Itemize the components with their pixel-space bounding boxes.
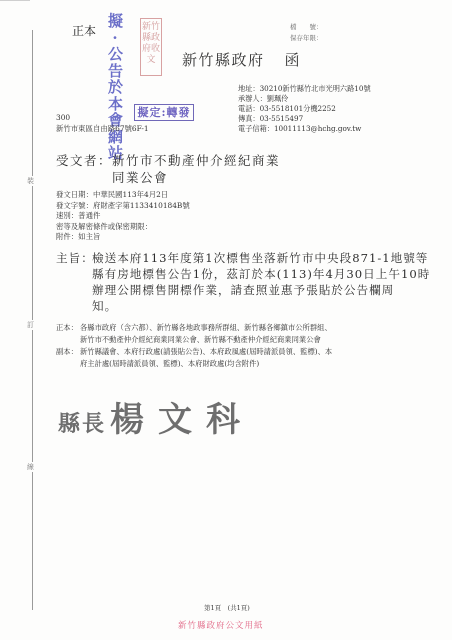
primary-line: 各縣市政府（含六都）、新竹縣各地政事務所群組、新竹縣各鄉鎮市公所群組、	[80, 322, 436, 334]
binding-mark-ding: 訂	[27, 320, 34, 330]
recipient: 受文者：新竹市不動產仲介經紀商業 同業公會	[56, 152, 280, 186]
subject-line: 辦理公開標售開標作業，請查照並惠予張貼於公告欄周	[92, 282, 436, 298]
signature: 縣長楊文科	[58, 392, 254, 441]
document-meta: 發文日期：中華民國113年4月2日 發文字號：府財產字第1133410184B號…	[56, 190, 190, 243]
copy-label: 副本：	[56, 346, 78, 358]
binding-mark-xian: 線	[27, 462, 34, 472]
copy-recipients: 副本： 新竹縣議會、本府行政處(請張貼公告)、本府政風處(屆時請派員領、監標)、…	[56, 346, 436, 370]
page-number: 第1頁 (共1頁)	[204, 603, 250, 612]
paper-name: 新竹縣政府公文用紙	[178, 619, 264, 631]
stamp-char: 告	[108, 63, 122, 80]
stamp-char: 公	[108, 46, 122, 63]
subject-body: 檢送本府113年度第1次標售坐落新竹市中央段871-1地號等 縣有房地標售公告1…	[92, 250, 436, 314]
stamp-char: ·	[108, 30, 122, 47]
copy-type-label: 正本	[72, 22, 96, 39]
subject-label: 主旨：	[56, 250, 94, 266]
delivery-speed: 速別：普通件	[56, 211, 190, 222]
issue-date: 發文日期：中華民國113年4月2日	[56, 190, 190, 201]
secrecy-level: 密等及解密條件或保密期限：	[56, 222, 190, 233]
stamp-char: 本	[108, 96, 122, 113]
announcement-stamp: 擬 · 公 告 於 本 會 網 站	[108, 13, 122, 162]
attachment: 附件：如主旨	[56, 232, 190, 243]
contact-handler: 承辦人：劉珮伶	[238, 94, 371, 104]
received-seal: 新竹縣政府收文	[140, 18, 162, 76]
contact-email: 電子信箱：10011113@hchg.gov.tw	[238, 124, 371, 134]
street-address: 新竹市東區自由路67號6F-1	[56, 123, 149, 134]
subject-line: 檢送本府113年度第1次標售坐落新竹市中央段871-1地號等	[92, 250, 436, 266]
file-number-label: 檔 號：	[290, 22, 323, 33]
contact-phone: 電話：03-5518101分機2252	[238, 104, 371, 114]
scan-edge	[0, 0, 30, 1]
signature-title: 縣長	[58, 411, 106, 437]
recipient-name-line1: 新竹市不動產仲介經紀商業	[112, 153, 280, 168]
primary-recipients: 正本： 各縣市政府（含六都）、新竹縣各地政事務所群組、新竹縣各鄉鎮市公所群組、 …	[56, 322, 436, 346]
recipient-name-line2: 同業公會	[56, 169, 280, 186]
file-meta: 檔 號： 保存年限：	[290, 22, 323, 44]
document-number: 發文字號：府財產字第1133410184B號	[56, 201, 190, 212]
distribution-list: 正本： 各縣市政府（含六都）、新竹縣各地政事務所群組、新竹縣各鄉鎮市公所群組、 …	[56, 322, 436, 370]
document-kind: 函	[285, 51, 302, 69]
contact-fax: 傳真：03-5515497	[238, 114, 371, 124]
copy-line: 新竹縣議會、本府行政處(請張貼公告)、本府政風處(屆時請派員領、監標)、本	[80, 346, 436, 358]
recipient-label: 受文者：	[56, 153, 112, 168]
stamp-char: 擬	[108, 13, 122, 30]
retention-label: 保存年限：	[290, 33, 323, 44]
document-title: 新竹縣政府函	[182, 49, 301, 70]
primary-label: 正本：	[56, 322, 78, 334]
contact-block: 地址：30210新竹縣竹北市光明六路10號 承辦人：劉珮伶 電話：03-5518…	[238, 84, 371, 134]
binding-mark-zhuang: 裝	[27, 176, 34, 186]
subject-line: 縣有房地標售公告1份，茲訂於本(113)年4月30日上午10時	[92, 266, 436, 282]
recipient-address: 300 新竹市東區自由路67號6F-1	[56, 112, 149, 134]
subject-line: 知。	[92, 298, 436, 314]
contact-address: 地址：30210新竹縣竹北市光明六路10號	[238, 84, 371, 94]
signature-name: 楊文科	[110, 400, 254, 440]
postal-code: 300	[56, 112, 149, 123]
stamp-char: 於	[108, 79, 122, 96]
copy-line: 府主計處(屆時請派員領、監標)、本府財政處(均含附件)	[80, 358, 436, 370]
primary-line: 新竹市不動產仲介經紀商業同業公會、新竹縣不動產仲介經紀商業同業公會	[80, 334, 436, 346]
issuer-name: 新竹縣政府	[182, 51, 265, 69]
